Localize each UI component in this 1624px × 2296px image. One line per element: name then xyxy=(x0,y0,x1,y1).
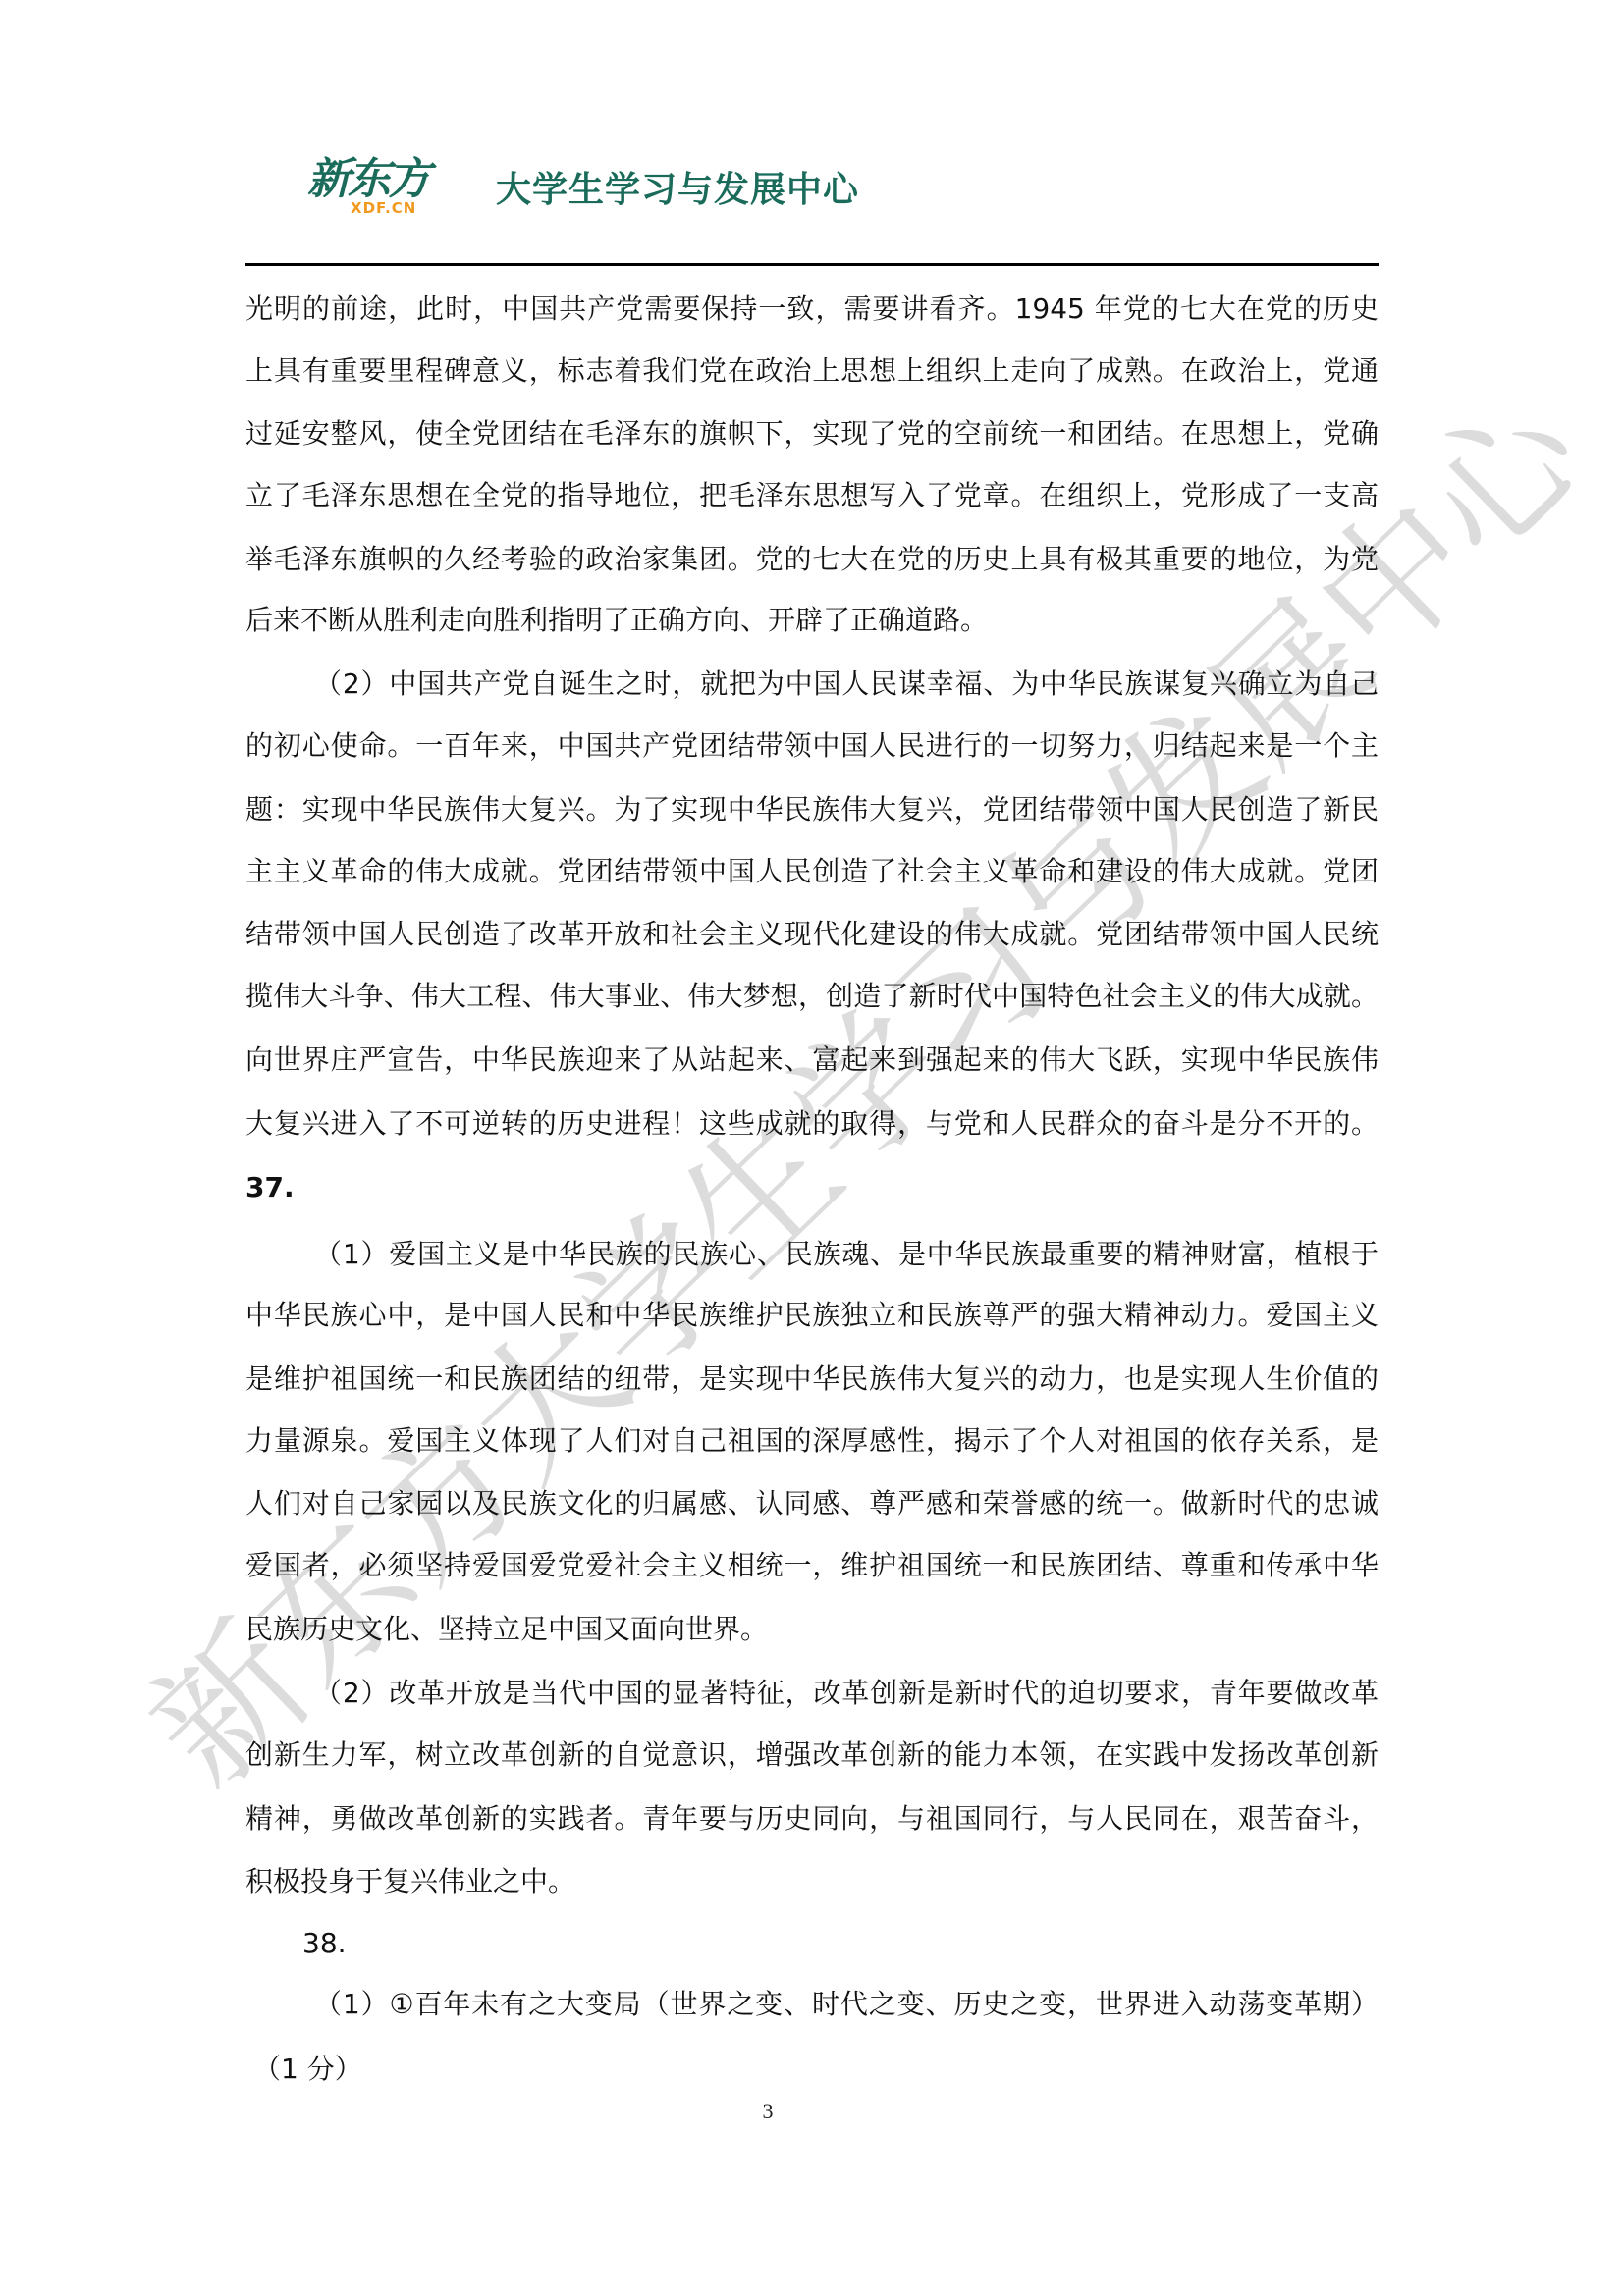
paragraph-start: （1）爱国主义是中华民族的民族心、民族魂、是中华民族最重要的精神财富，植根于 xyxy=(314,1235,1379,1274)
question-number-38: 38. xyxy=(302,1924,1441,1963)
body-line: 的初心使命。一百年来，中国共产党团结带领中国人民进行的一切努力，归结起来是一个主 xyxy=(245,726,1379,766)
body-line: 过延安整风，使全党团结在毛泽东的旗帜下，实现了党的空前统一和团结。在思想上，党确 xyxy=(245,414,1379,454)
logo-domain-text: XDF.CN xyxy=(351,200,416,216)
body-line: 大复兴进入了不可逆转的历史进程！这些成就的取得，与党和人民群众的奋斗是分不开的。 xyxy=(245,1104,1379,1144)
xdf-logo: 新东方 XDF.CN xyxy=(307,161,469,220)
body-line: 题：实现中华民族伟大复兴。为了实现中华民族伟大复兴，党团结带领中国人民创造了新民 xyxy=(245,790,1379,829)
body-line: 揽伟大斗争、伟大工程、伟大事业、伟大梦想，创造了新时代中国特色社会主义的伟大成就… xyxy=(245,977,1379,1016)
header-divider xyxy=(245,263,1379,266)
score-note: （1 分） xyxy=(253,2050,1392,2089)
body-line: 中华民族心中，是中国人民和中华民族维护民族独立和民族尊严的强大精神动力。爱国主义 xyxy=(245,1296,1379,1335)
body-line: 人们对自己家园以及民族文化的归属感、认同感、尊严感和荣誉感的统一。做新时代的忠诚 xyxy=(245,1484,1379,1523)
body-line: 结带领中国人民创造了改革开放和社会主义现代化建设的伟大成就。党团结带领中国人民统 xyxy=(245,915,1379,954)
paragraph-start: （1）①百年未有之大变局（世界之变、时代之变、历史之变，世界进入动荡变革期） xyxy=(314,1985,1379,2024)
body-line: 立了毛泽东思想在全党的指导地位，把毛泽东思想写入了党章。在组织上，党形成了一支高 xyxy=(245,476,1379,515)
header-title: 大学生学习与发展中心 xyxy=(496,169,859,212)
body-line: 爱国者，必须坚持爱国爱党爱社会主义相统一，维护祖国统一和民族团结、尊重和传承中华 xyxy=(245,1546,1379,1585)
body-line: 积极投身于复兴伟业之中。 xyxy=(245,1862,1384,1901)
body-line: 精神，勇做改革创新的实践者。青年要与历史同向，与祖国同行，与人民同在，艰苦奋斗， xyxy=(245,1799,1379,1839)
body-line: 后来不断从胜利走向胜利指明了正确方向、开辟了正确道路。 xyxy=(245,601,1384,640)
body-line: 创新生力军，树立改革创新的自觉意识，增强改革创新的能力本领，在实践中发扬改革创新 xyxy=(245,1735,1379,1775)
body-line: 举毛泽东旗帜的久经考验的政治家集团。党的七大在党的历史上具有极其重要的地位，为党 xyxy=(245,540,1379,579)
page-number: 3 xyxy=(758,2098,778,2125)
body-line: 主主义革命的伟大成就。党团结带领中国人民创造了社会主义革命和建设的伟大成就。党团 xyxy=(245,852,1379,891)
body-line: 力量源泉。爱国主义体现了人们对自己祖国的深厚感性，揭示了个人对祖国的依存关系，是 xyxy=(245,1421,1379,1461)
logo-chinese-text: 新东方 xyxy=(307,155,428,204)
body-line: 光明的前途，此时，中国共产党需要保持一致，需要讲看齐。1945 年党的七大在党的… xyxy=(245,290,1379,329)
document-page: 新 东 方 大 学 生 学 习 与 发 展 中 心 新东方 XDF.CN 大学生… xyxy=(0,0,1624,2296)
question-number-37: 37. xyxy=(245,1168,1384,1207)
body-line: 民族历史文化、坚持立足中国又面向世界。 xyxy=(245,1610,1384,1649)
paragraph-start: （2）改革开放是当代中国的显著特征，改革创新是新时代的迫切要求，青年要做改革 xyxy=(314,1674,1379,1713)
body-line: 向世界庄严宣告，中华民族迎来了从站起来、富起来到强起来的伟大飞跃，实现中华民族伟 xyxy=(245,1041,1379,1080)
paragraph-start: （2）中国共产党自诞生之时，就把为中国人民谋幸福、为中华民族谋复兴确立为自己 xyxy=(314,665,1379,704)
body-line: 是维护祖国统一和民族团结的纽带，是实现中华民族伟大复兴的动力，也是实现人生价值的 xyxy=(245,1360,1379,1399)
body-line: 上具有重要里程碑意义，标志着我们党在政治上思想上组织上走向了成熟。在政治上，党通 xyxy=(245,351,1379,391)
